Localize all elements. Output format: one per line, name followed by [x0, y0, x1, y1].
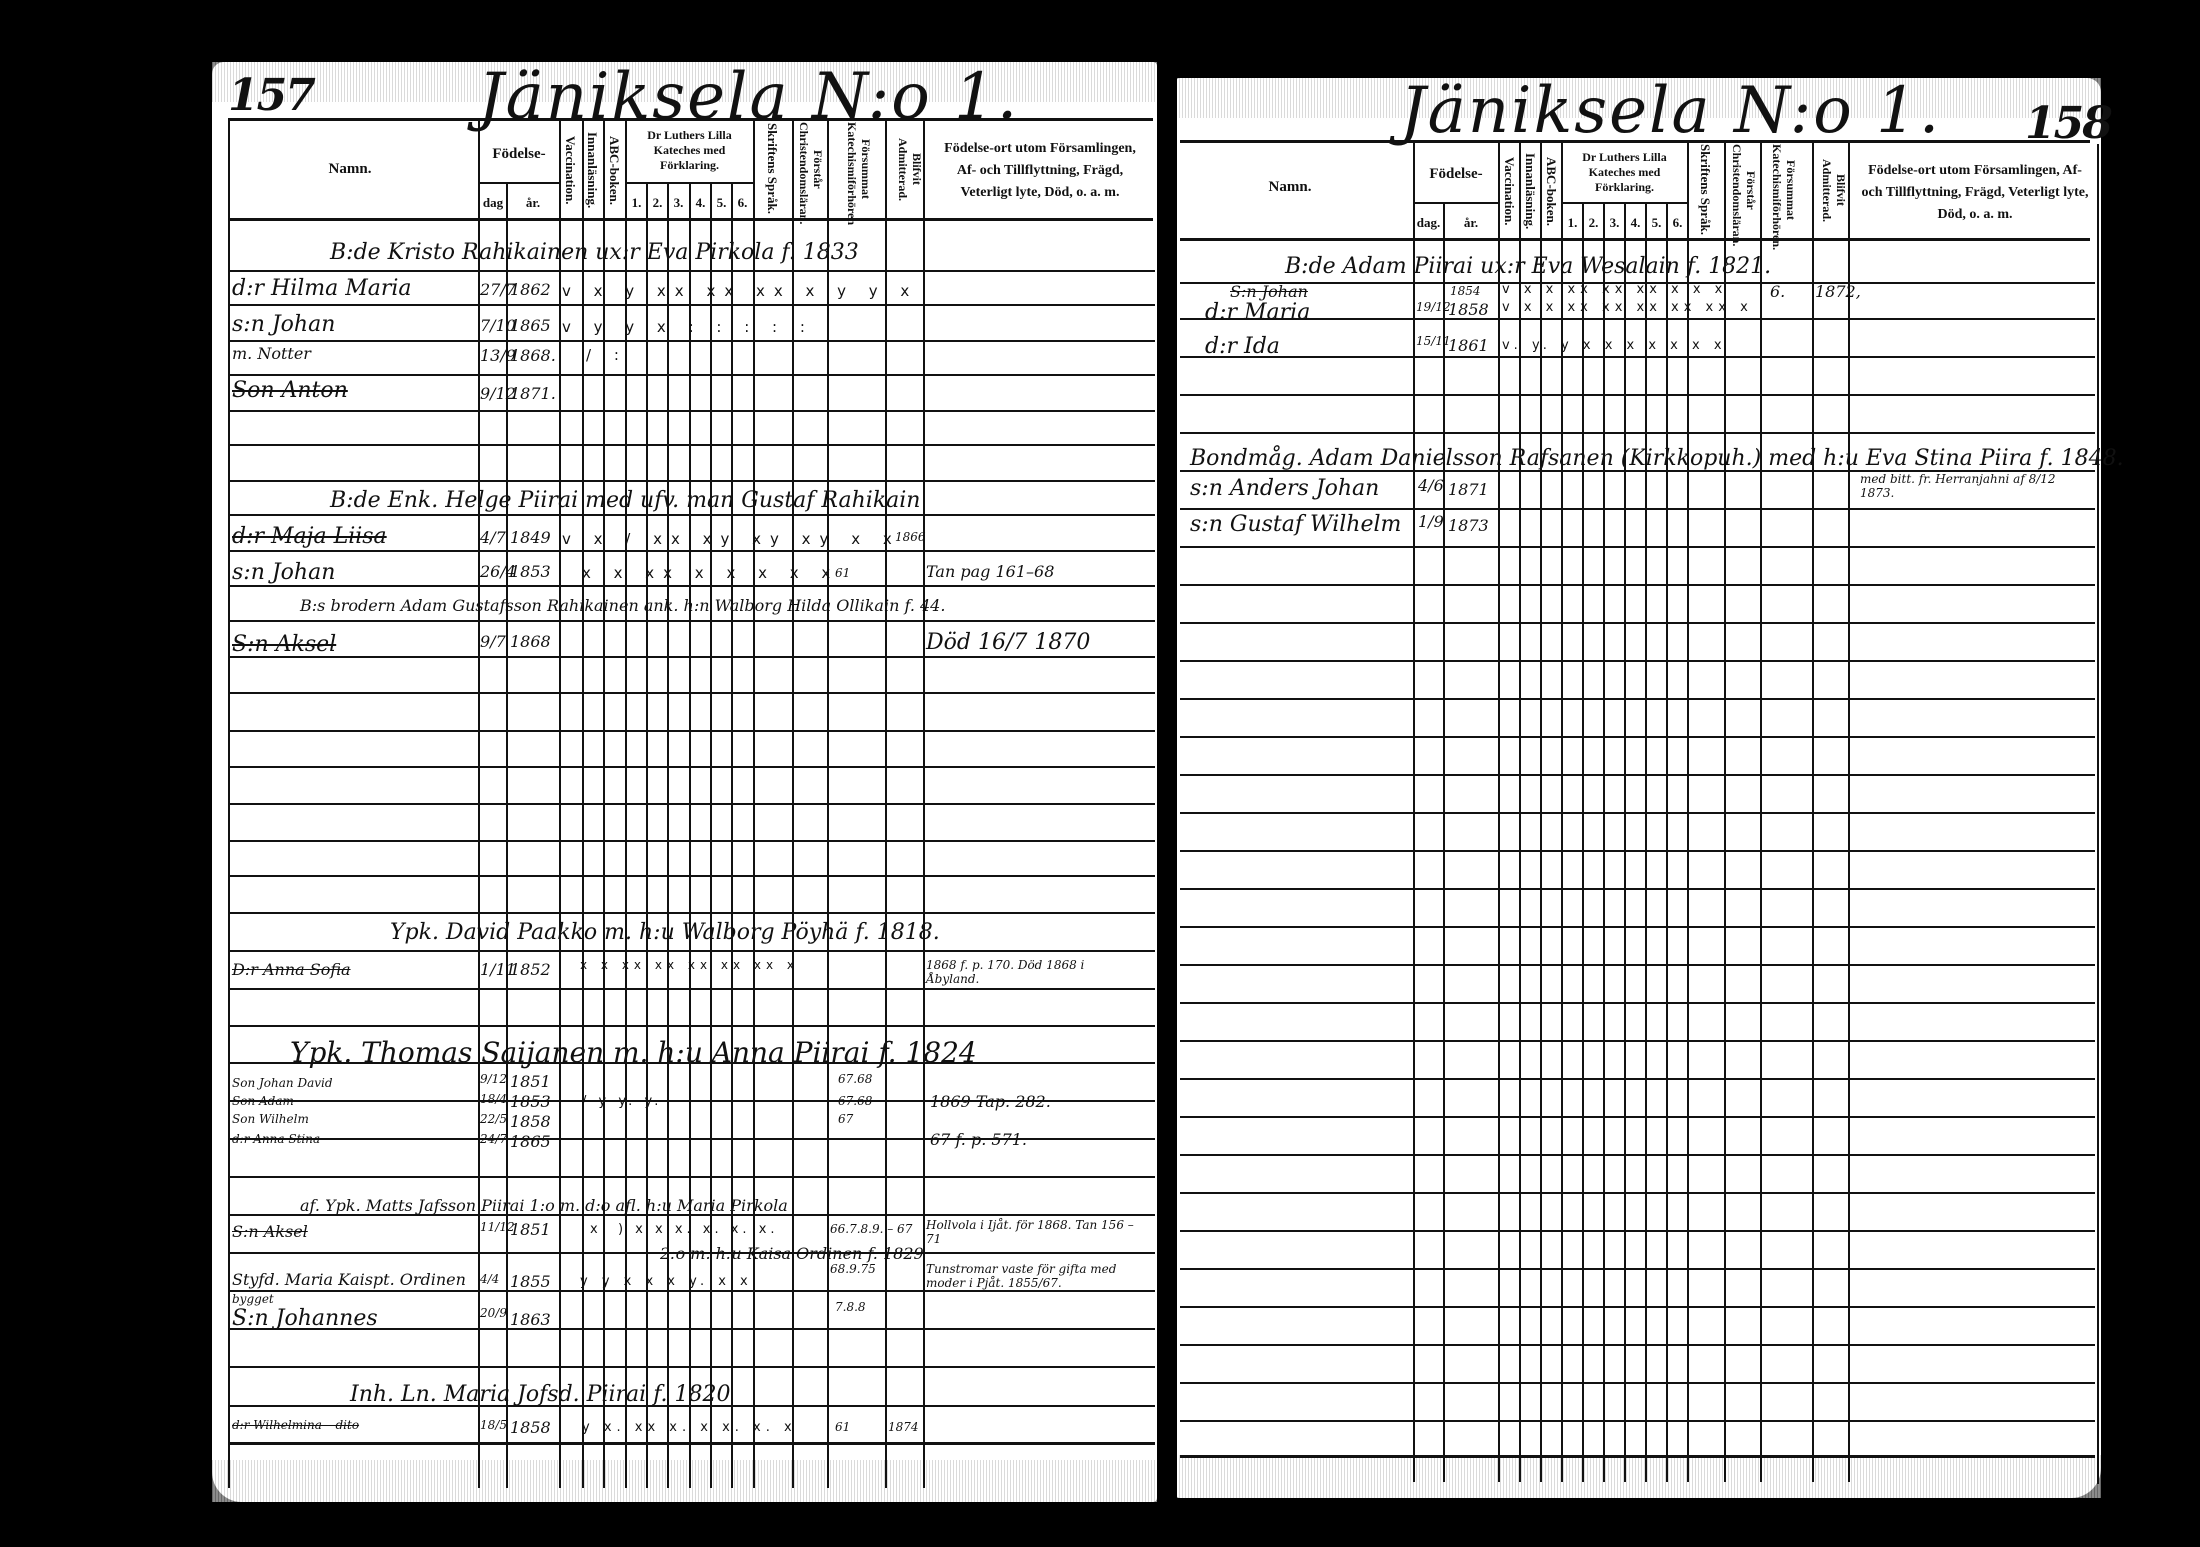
row-rule [1180, 318, 2095, 320]
col-divider [689, 182, 691, 1488]
entry-remarks: 1868 f. p. 170. Död 1868 i Åbyland. [926, 958, 1136, 986]
header-vaccination: Vaccination. [1502, 146, 1516, 236]
fodelse-subrule [1413, 202, 1498, 204]
entry-marks: y x. xx x. x x. x. x [582, 1420, 797, 1435]
header-katekes: Dr Luthers Lilla Kateches med Förklaring… [1562, 150, 1687, 195]
header-katekes-6: 6. [732, 195, 753, 211]
row-rule [1180, 1382, 2095, 1384]
entry-remarks: Död 16/7 1870 [926, 630, 1090, 655]
entry-remarks: Tunstromar vaste för gifta med moder i P… [926, 1262, 1136, 1290]
entry-marks: v. y. y x x x x x x x [1502, 338, 1727, 353]
entry-name-struck: D:r Anna Sofia [232, 960, 351, 979]
entry-household-head: Ypk. David Paakko m. h:u Walborg Pöyhä f… [390, 920, 940, 945]
row-rule [1180, 774, 2095, 776]
header-bottom-rule [1180, 238, 2090, 241]
entry-day: 22/5 [480, 1112, 507, 1126]
row-rule [1180, 736, 2095, 738]
entry-name-struck: d:r Maja Liisa [232, 524, 387, 549]
entry-year: 1862 [510, 280, 551, 299]
page-edge-noise [1176, 1455, 2101, 1498]
entry-year: 1873 [1448, 516, 1489, 535]
row-rule [230, 374, 1155, 376]
entry-name: d:r Anna Stina [232, 1132, 320, 1146]
row-rule [230, 692, 1155, 694]
header-katekes-6: 6. [1667, 215, 1688, 231]
row-rule [1180, 1268, 2095, 1270]
col-divider [731, 182, 733, 1488]
entry-day: 19/12 [1416, 300, 1451, 314]
header-katekes-2: 2. [1583, 215, 1604, 231]
row-rule [230, 514, 1155, 516]
entry-household-head: Ypk. Thomas Saijanen m. h:u Anna Piirai … [290, 1036, 977, 1069]
header-forsummat: Försummat Katechismiförhören. [1770, 144, 1798, 236]
header-skriftens-sprak: Skriftens Språk. [1698, 144, 1712, 236]
entry-name: S:n Johannes [232, 1306, 378, 1331]
entry-year: 1852 [510, 960, 551, 979]
header-forstar: Förstår Christendomsläran. [797, 122, 825, 216]
row-rule [1180, 660, 2095, 662]
entry-remarks: med bitt. fr. Herranjahni af 8/12 1873. [1860, 472, 2080, 500]
entry-household-head: B:de Adam Piirai ux:r Eva Wesalain f. 18… [1285, 254, 1771, 279]
header-dag: dag. [1414, 215, 1443, 231]
entry-year-struck: 1854 [1450, 284, 1481, 298]
entry-col-note: 67.68 [838, 1072, 872, 1086]
entry-household-head: B:de Kristo Rahikainen ux:r Eva Pirkola … [330, 240, 859, 265]
row-rule [1180, 964, 2095, 966]
entry-year: 1858 [510, 1418, 551, 1437]
entry-remarks: 67 f. p. 571. [930, 1130, 1027, 1149]
entry-name: m. Notter [232, 344, 311, 363]
header-fodelse: Födelse- [480, 145, 558, 164]
row-rule [230, 620, 1155, 622]
entry-day: 9/7 [480, 632, 506, 651]
entry-household-spouse: 2:o m. h:u Kaisa Ordinen f. 1829 [660, 1244, 924, 1263]
header-ar: år. [508, 195, 558, 211]
row-rule [1180, 812, 2095, 814]
entry-col-note: 61 [835, 566, 850, 580]
entry-name: d:r Hilma Maria [232, 276, 412, 301]
header-namn: Namn. [300, 160, 400, 179]
entry-prefix: bygget [232, 1292, 274, 1306]
entry-name-struck: S:n Aksel [232, 1222, 308, 1241]
row-rule [230, 304, 1155, 306]
table-bottom-rule [230, 1442, 1155, 1445]
entry-marks: x x xx x x x x x [582, 564, 839, 582]
folio-number-left: 157 [228, 70, 314, 121]
header-katekes-5: 5. [711, 195, 732, 211]
header-katekes-4: 4. [1625, 215, 1646, 231]
header-katekes-2: 2. [647, 195, 668, 211]
entry-name: s:n Anders Johan [1190, 476, 1379, 501]
entry-name: Son Wilhelm [232, 1112, 309, 1126]
row-rule [230, 1176, 1155, 1178]
header-blifvit: Blifvit Admitterad. [896, 122, 924, 216]
katekes-subrule [625, 182, 753, 184]
row-rule [1180, 1154, 2095, 1156]
row-rule [230, 340, 1155, 342]
col-divider [506, 182, 508, 1488]
col-divider [667, 182, 669, 1488]
book-spine [1157, 40, 1177, 1540]
entry-name-struck: S:n Johan [1230, 282, 1308, 301]
row-rule [1180, 584, 2095, 586]
page-title-right: Jäniksela N:o 1. [1400, 74, 1941, 148]
row-rule [1180, 1078, 2095, 1080]
row-rule [1180, 1306, 2095, 1308]
header-fodelse: Födelse- [1414, 165, 1498, 184]
katekes-subrule [1561, 202, 1687, 204]
entry-year: 1849 [510, 528, 551, 547]
row-rule [1180, 1420, 2095, 1422]
entry-marks: v x x xx xx xx x x x [1502, 282, 1727, 297]
entry-marks: / : [586, 346, 628, 364]
row-rule [230, 1290, 1155, 1292]
entry-day: 4/4 [480, 1272, 499, 1286]
row-rule [230, 766, 1155, 768]
entry-household-head: B:de Enk. Helge Piirai med ufv. man Gust… [330, 488, 920, 513]
row-rule [230, 656, 1155, 658]
entry-marks: v x / xx xy xy xy x x [562, 530, 901, 548]
entry-day: 4/7 [480, 528, 506, 547]
row-rule [1180, 432, 2095, 434]
entry-name-struck: d:r Wilhelmina – dito [232, 1418, 359, 1432]
header-katekes-5: 5. [1646, 215, 1667, 231]
header-top-rule [1180, 140, 2090, 143]
col-divider [646, 182, 648, 1488]
header-innanlasning: Innanläsning. [585, 124, 599, 216]
row-rule [230, 840, 1155, 842]
row-rule [230, 875, 1155, 877]
entry-year: 1865 [510, 1132, 551, 1151]
row-rule [230, 912, 1155, 914]
entry-name: s:n Johan [232, 560, 335, 585]
entry-admitted: 1866 [895, 530, 926, 544]
entry-household-head: B:s brodern Adam Gustafsson Rahikainen a… [300, 596, 945, 615]
entry-name: d:r Maria [1205, 300, 1310, 325]
row-rule [1180, 698, 2095, 700]
entry-day: 9/12 [480, 1072, 507, 1086]
row-rule [1180, 1344, 2095, 1346]
entry-household-head: Bondmåg. Adam Danielsson Rafsanen (Kirkk… [1190, 446, 2124, 471]
row-rule [230, 1025, 1155, 1027]
header-remarks: Födelse-ort utom Församlingen, Af- och T… [1860, 160, 2090, 226]
page-edge-noise [212, 1460, 1157, 1502]
entry-col-note: 67.68 [838, 1094, 872, 1108]
row-rule [1180, 850, 2095, 852]
fodelse-subrule [478, 182, 559, 184]
entry-name: s:n Johan [232, 312, 335, 337]
row-rule [1180, 356, 2095, 358]
row-rule [1180, 546, 2095, 548]
entry-col-note: 68.9.75 [830, 1262, 876, 1276]
entry-year: 1863 [510, 1310, 551, 1329]
entry-col-note: 66.7.8.9. – 67 [830, 1222, 912, 1236]
header-abc-boken: ABC-boken. [1544, 146, 1558, 236]
row-rule [1180, 1002, 2095, 1004]
entry-marks: v x x xx xx xx xx xx x [1502, 300, 1753, 315]
row-rule [1180, 394, 2095, 396]
header-katekes-3: 3. [668, 195, 689, 211]
header-innanlasning: Innanläsning. [1523, 146, 1537, 236]
row-rule [1180, 1040, 2095, 1042]
entry-year: 1858 [510, 1112, 551, 1131]
row-rule [230, 1366, 1155, 1368]
entry-name: Son Adam [232, 1094, 294, 1108]
row-rule [230, 270, 1155, 272]
header-abc-boken: ABC-boken. [607, 124, 621, 216]
header-forstar: Förstår Christendomsläran. [1730, 144, 1758, 236]
row-rule [1180, 1192, 2095, 1194]
entry-year: 1853 [510, 1092, 551, 1111]
table-bottom-rule [1180, 1455, 2095, 1458]
row-rule [1180, 926, 2095, 928]
row-rule [230, 730, 1155, 732]
entry-year: 1858 [1448, 300, 1489, 319]
entry-name: d:r Ida [1205, 334, 1280, 359]
header-blifvit: Blifvit Admitterad. [1820, 144, 1848, 236]
entry-year: 1868. [510, 346, 556, 365]
entry-name: Styfd. Maria Kaispt. Ordinen [232, 1270, 466, 1289]
row-rule [1180, 508, 2095, 510]
row-rule [230, 950, 1155, 952]
row-rule [230, 585, 1155, 587]
entry-marks: x. ) x x x. x. x. x. [590, 1222, 779, 1237]
row-rule [230, 480, 1155, 482]
header-ar: år. [1445, 215, 1497, 231]
entry-marks: x x xx xx xx xx xx x [580, 958, 799, 972]
header-dag: dag [480, 195, 506, 211]
entry-name: Son Johan David [232, 1076, 333, 1090]
entry-year: 1855 [510, 1272, 551, 1291]
entry-household-head: Inh. Ln. Maria Jofsd. Piirai f. 1820 [350, 1382, 731, 1407]
row-rule [230, 444, 1155, 446]
entry-year: 1865 [510, 316, 551, 335]
entry-year: 1851 [510, 1072, 551, 1091]
row-rule [1180, 888, 2095, 890]
entry-col-note: 61 [835, 1420, 850, 1434]
entry-day: 18/4 [480, 1092, 507, 1106]
entry-year: 1861 [1448, 336, 1489, 355]
entry-day: 1/9 [1418, 512, 1444, 531]
header-skriftens-sprak: Skriftens Språk. [765, 122, 779, 216]
entry-admitted: 1874 [888, 1420, 919, 1434]
entry-marks: v y y x : : : : : [562, 318, 814, 336]
entry-name-struck: Son Anton [232, 378, 348, 403]
header-namn: Namn. [1240, 178, 1340, 197]
header-katekes-4: 4. [690, 195, 711, 211]
header-katekes-1: 1. [1562, 215, 1583, 231]
entry-remarks: Tan pag 161–68 [926, 562, 1054, 581]
entry-col-note: 6. [1770, 282, 1785, 301]
entry-day: 20/9 [480, 1306, 507, 1320]
row-rule [1180, 622, 2095, 624]
header-katekes-1: 1. [626, 195, 647, 211]
row-rule [230, 550, 1155, 552]
header-remarks: Födelse-ort utom Församlingen, Af- och T… [935, 138, 1145, 204]
row-rule [1180, 1116, 2095, 1118]
row-rule [230, 410, 1155, 412]
entry-day: 4/6 [1418, 476, 1444, 495]
entry-remarks: Hollvola i Ijåt. för 1868. Tan 156 – 71 [926, 1218, 1136, 1246]
row-rule [230, 988, 1155, 990]
row-rule [1180, 1230, 2095, 1232]
entry-remarks: 1869 Tap. 282. [930, 1092, 1051, 1111]
entry-day: 24/7 [480, 1132, 507, 1146]
entry-marks: y y x x x y. x x [580, 1274, 753, 1289]
entry-col-note: 67 [838, 1112, 853, 1126]
entry-admitted: 1872, [1815, 282, 1861, 301]
table-right-border [2097, 144, 2099, 1484]
entry-name-struck: S:n Aksel [232, 632, 336, 657]
header-top-rule [228, 118, 1153, 121]
entry-marks: / y y. y. [582, 1094, 662, 1109]
entry-name: s:n Gustaf Wilhelm [1190, 512, 1401, 537]
col-divider [710, 182, 712, 1488]
entry-year: 1871 [1448, 480, 1489, 499]
header-forsummat: Försummat Katechismiförhören [845, 122, 873, 216]
entry-col-note: 7.8.8 [835, 1300, 866, 1314]
entry-year: 1868 [510, 632, 551, 651]
entry-marks: v x y xx xx xx x y y x [562, 282, 918, 300]
entry-day: 18/5 [480, 1418, 507, 1432]
header-katekes: Dr Luthers Lilla Kateches med Förklaring… [626, 128, 753, 173]
header-katekes-3: 3. [1604, 215, 1625, 231]
row-rule [230, 803, 1155, 805]
header-vaccination: Vaccination. [563, 124, 577, 216]
entry-day: 15/11 [1416, 334, 1451, 348]
entry-household-head: af. Ypk. Matts Jafsson Piirai 1:o m. d:o… [300, 1196, 788, 1215]
entry-year: 1853 [510, 562, 551, 581]
entry-year: 1851 [510, 1220, 551, 1239]
entry-year: 1871. [510, 384, 556, 403]
